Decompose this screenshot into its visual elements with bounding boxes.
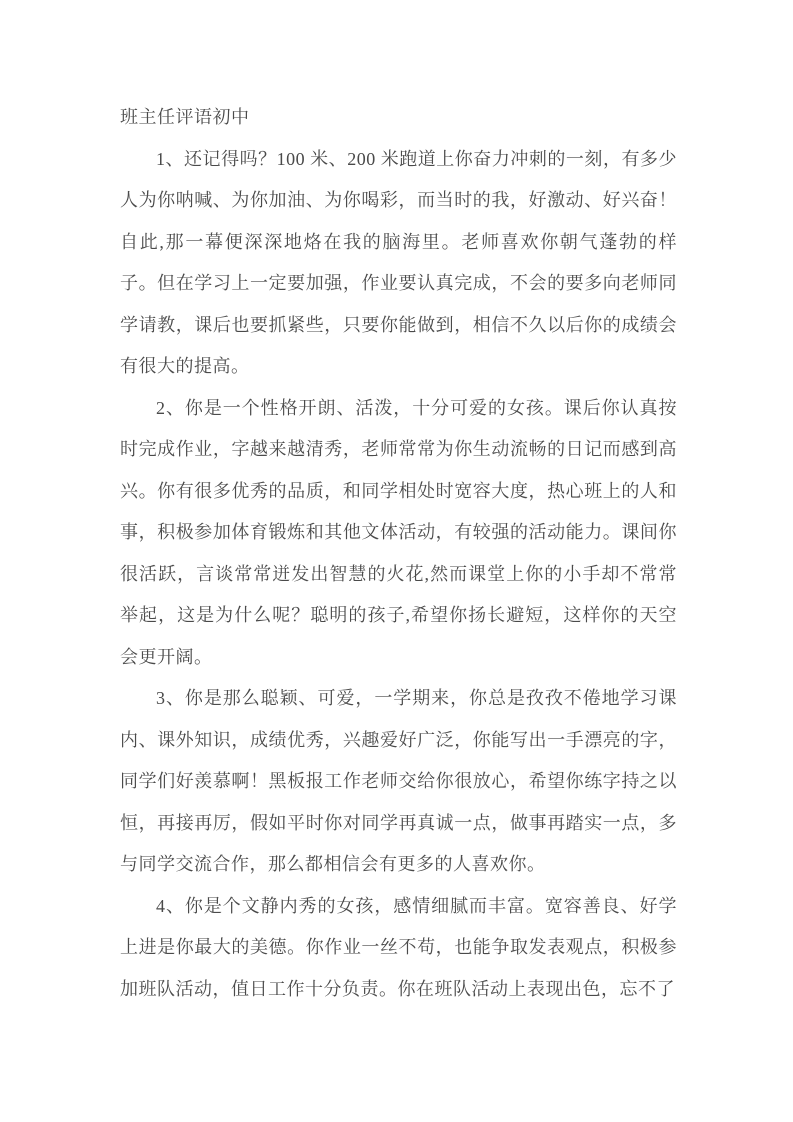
comment-paragraph-4: 4、你是个文静内秀的女孩，感情细腻而丰富。宽容善良、好学上进是你最大的美德。你作… — [120, 886, 677, 1011]
comment-paragraph-3: 3、你是那么聪颖、可爱，一学期来，你总是孜孜不倦地学习课内、课外知识，成绩优秀，… — [120, 678, 677, 886]
document-content: 班主任评语初中 1、还记得吗？100 米、200 米跑道上你奋力冲刺的一刻，有多… — [120, 97, 677, 1010]
comment-paragraph-1: 1、还记得吗？100 米、200 米跑道上你奋力冲刺的一刻，有多少人为你呐喊、为… — [120, 139, 677, 388]
document-title: 班主任评语初中 — [120, 97, 677, 139]
document-page: 班主任评语初中 1、还记得吗？100 米、200 米跑道上你奋力冲刺的一刻，有多… — [0, 0, 793, 1122]
comment-paragraph-2: 2、你是一个性格开朗、活泼，十分可爱的女孩。课后你认真按时完成作业，字越来越清秀… — [120, 388, 677, 679]
